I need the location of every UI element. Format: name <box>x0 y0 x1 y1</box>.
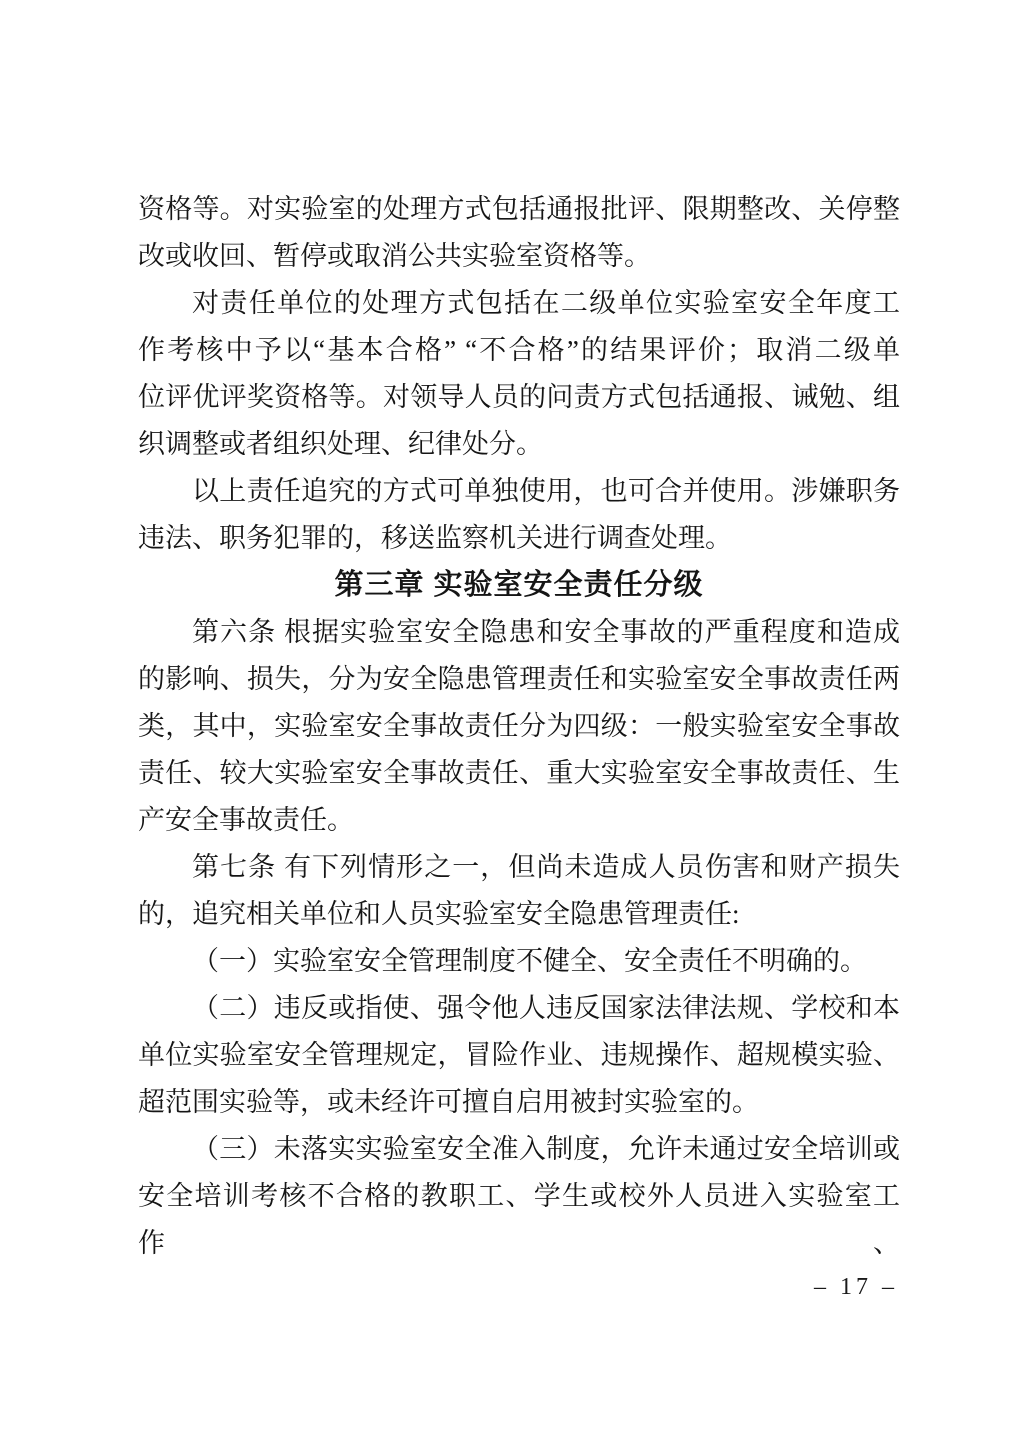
body-line: 资格等。对实验室的处理方式包括通报批评、限期整改、关停整 <box>138 186 900 233</box>
body-line: 超范围实验等，或未经许可擅自启用被封实验室的。 <box>138 1079 900 1126</box>
body-line: 的，追究相关单位和人员实验室安全隐患管理责任: <box>138 891 900 938</box>
body-line: 类，其中，实验室安全事故责任分为四级：一般实验室安全事故 <box>138 703 900 750</box>
page-number: – 17 – <box>814 1274 898 1301</box>
body-line: 单位实验室安全管理规定，冒险作业、违规操作、超规模实验、 <box>138 1032 900 1079</box>
body-line: 以上责任追究的方式可单独使用，也可合并使用。涉嫌职务 <box>138 468 900 515</box>
body-line: 改或收回、暂停或取消公共实验室资格等。 <box>138 233 900 280</box>
text-column: 资格等。对实验室的处理方式包括通报批评、限期整改、关停整 改或收回、暂停或取消公… <box>138 186 900 1220</box>
body-line: 第六条 根据实验室安全隐患和安全事故的严重程度和造成 <box>138 609 900 656</box>
body-line: 产安全事故责任。 <box>138 797 900 844</box>
body-line: 违法、职务犯罪的，移送监察机关进行调查处理。 <box>138 515 900 562</box>
body-line: 责任、较大实验室安全事故责任、重大实验室安全事故责任、生 <box>138 750 900 797</box>
body-line: 位评优评奖资格等。对领导人员的问责方式包括通报、诫勉、组 <box>138 374 900 421</box>
body-line: （二）违反或指使、强令他人违反国家法律法规、学校和本 <box>138 985 900 1032</box>
body-line: 第七条 有下列情形之一，但尚未造成人员伤害和财产损失 <box>138 844 900 891</box>
body-line: 作考核中予以“基本合格” “不合格”的结果评价；取消二级单 <box>138 327 900 374</box>
document-page: 资格等。对实验室的处理方式包括通报批评、限期整改、关停整 改或收回、暂停或取消公… <box>0 0 1024 1448</box>
chapter-heading: 第三章 实验室安全责任分级 <box>138 562 900 609</box>
body-line: （三）未落实实验室安全准入制度，允许未通过安全培训或 <box>138 1126 900 1173</box>
body-line: 安全培训考核不合格的教职工、学生或校外人员进入实验室工作、 <box>138 1173 900 1220</box>
body-line: 对责任单位的处理方式包括在二级单位实验室安全年度工 <box>138 280 900 327</box>
body-line: 的影响、损失，分为安全隐患管理责任和实验室安全事故责任两 <box>138 656 900 703</box>
body-line: 织调整或者组织处理、纪律处分。 <box>138 421 900 468</box>
body-line: （一）实验室安全管理制度不健全、安全责任不明确的。 <box>138 938 900 985</box>
